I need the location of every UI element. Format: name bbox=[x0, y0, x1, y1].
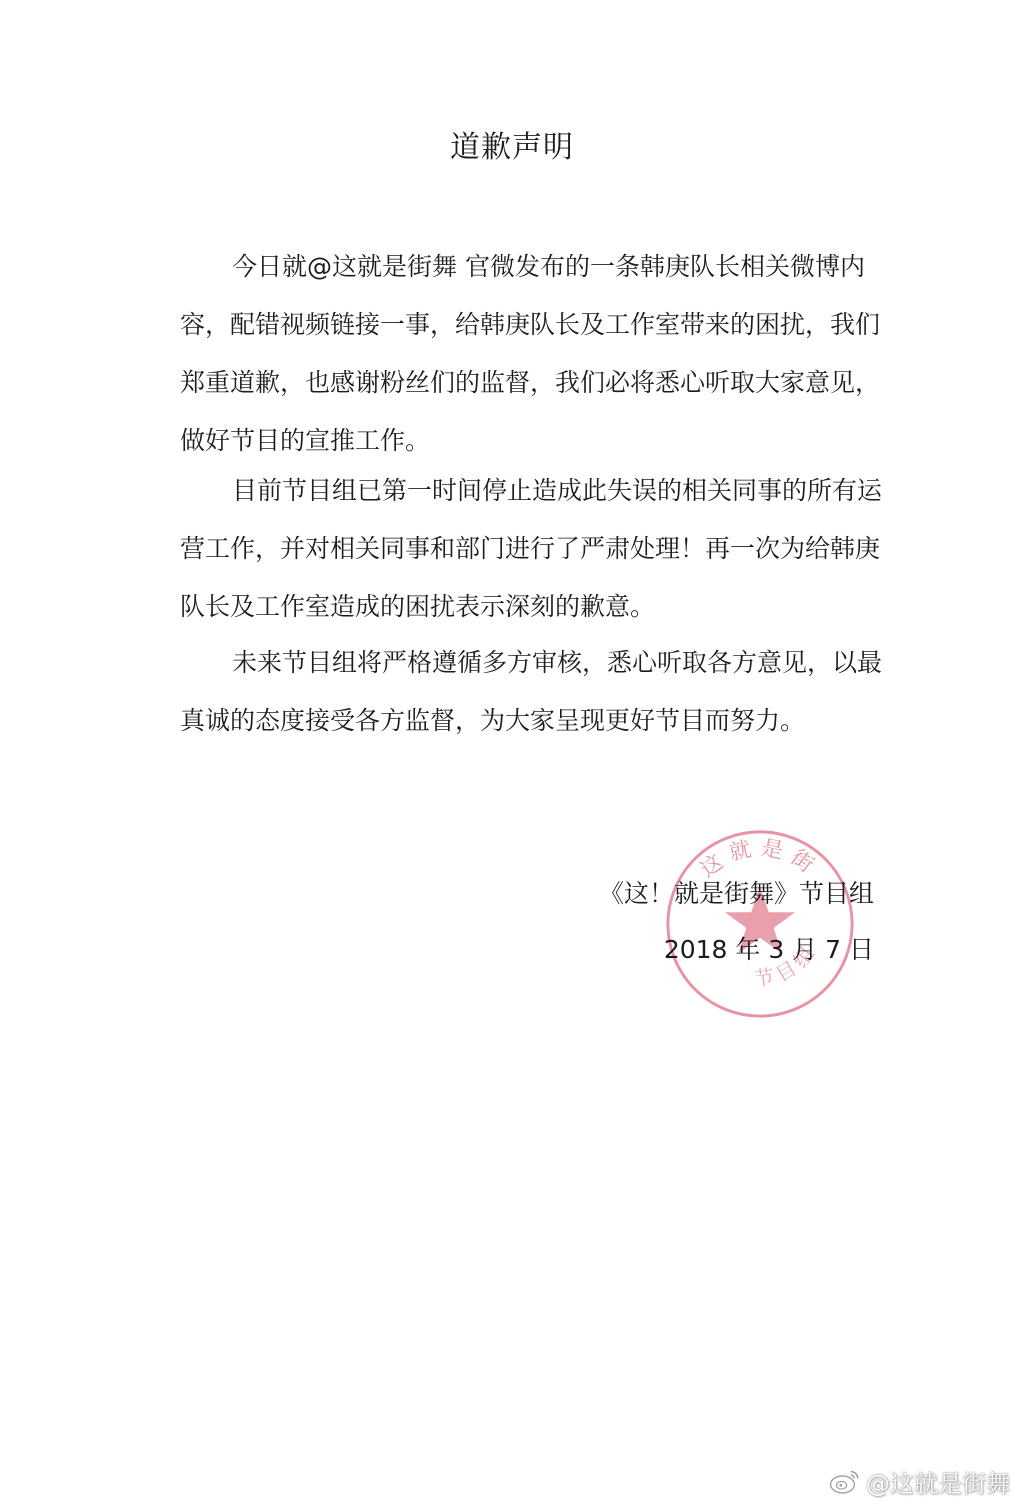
paragraph-2: 目前节目组已第一时间停止造成此失误的相关同事的所有运 营工作，并对相关同事和部门… bbox=[180, 462, 880, 636]
paragraph-line: 营工作，并对相关同事和部门进行了严肃处理！再一次为给韩庚 bbox=[180, 520, 880, 578]
signature-block: 《这！就是街舞》节目组 2018 年 3 月 7 日 bbox=[599, 866, 874, 978]
signature-date: 2018 年 3 月 7 日 bbox=[599, 922, 874, 978]
watermark-handle: @这就是街舞 bbox=[866, 1464, 1010, 1499]
paragraph-line: 未来节目组将严格遵循多方审核，悉心听取各方意见，以最 bbox=[180, 634, 880, 692]
paragraph-line: 今日就@这就是街舞 官微发布的一条韩庚队长相关微博内 bbox=[180, 238, 880, 296]
weibo-logo-icon bbox=[828, 1466, 862, 1496]
paragraph-line: 容，配错视频链接一事，给韩庚队长及工作室带来的困扰，我们 bbox=[180, 296, 880, 354]
paragraph-line: 郑重道歉，也感谢粉丝们的监督，我们必将悉心听取大家意见， bbox=[180, 354, 880, 412]
paragraph-line: 真诚的态度接受各方监督，为大家呈现更好节目而努力。 bbox=[180, 692, 880, 750]
paragraph-line: 队长及工作室造成的困扰表示深刻的歉意。 bbox=[180, 578, 880, 636]
paragraph-3: 未来节目组将严格遵循多方审核，悉心听取各方意见，以最 真诚的态度接受各方监督，为… bbox=[180, 634, 880, 750]
signature-organization: 《这！就是街舞》节目组 bbox=[599, 866, 874, 922]
document-page: 道歉声明 今日就@这就是街舞 官微发布的一条韩庚队长相关微博内 容，配错视频链接… bbox=[0, 0, 1024, 1508]
document-title: 道歉声明 bbox=[0, 128, 1024, 168]
paragraph-line: 目前节目组已第一时间停止造成此失误的相关同事的所有运 bbox=[180, 462, 880, 520]
weibo-watermark: @这就是街舞 bbox=[828, 1466, 1010, 1496]
paragraph-1: 今日就@这就是街舞 官微发布的一条韩庚队长相关微博内 容，配错视频链接一事，给韩… bbox=[180, 238, 880, 470]
